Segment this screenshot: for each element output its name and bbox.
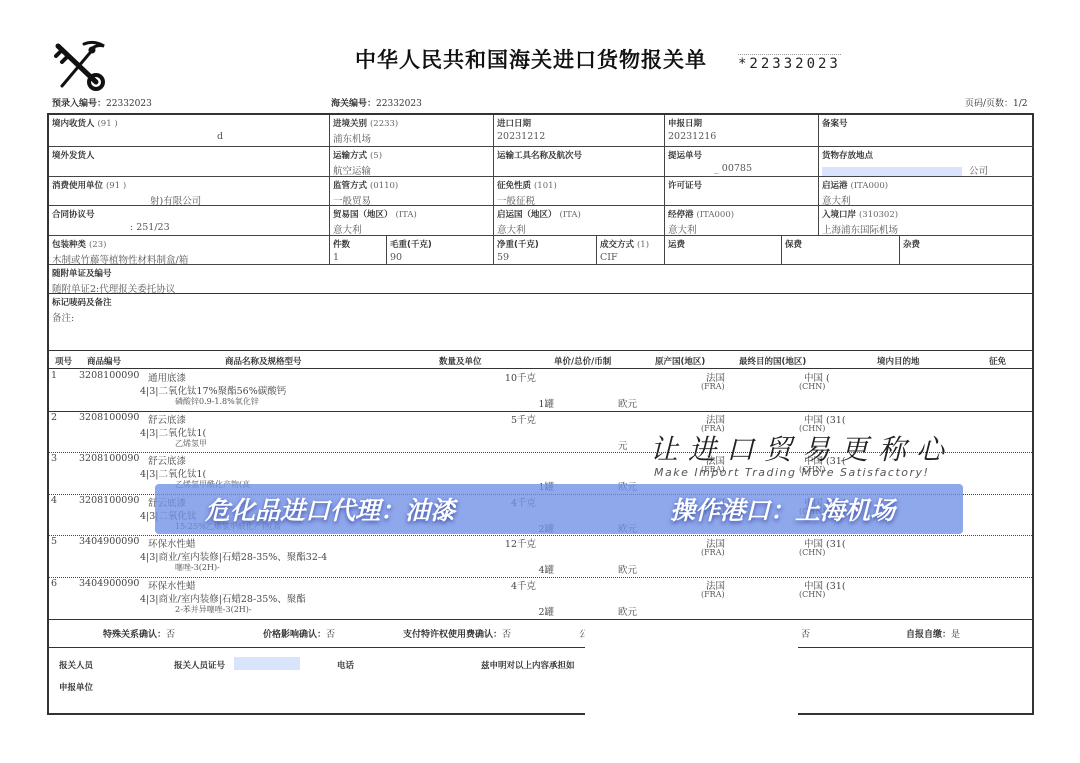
product-spec-cont: 噻唑-3(2H)- [175,562,220,573]
field-bill-no: 提运单号 _ 00785 [665,147,819,177]
field-transport-mode: 运输方式 (5) 航空运输 [330,147,494,177]
product-name: 环保水性蜡 [148,536,196,550]
product-spec-cont: 磷酸锌0.9-1.8%氧化锌 [175,396,259,407]
origin-code: (FRA) [701,382,725,391]
redacted-region [822,167,962,177]
customs-emblem-icon [50,36,108,92]
field-record-no: 备案号 [819,115,1034,147]
promo-banner: 危化品进口代理：油漆 操作港口：上海机场 [155,484,963,534]
field-insurance: 保费 [782,236,900,265]
currency: 欧元 [618,562,637,576]
pre-entry-number: 预录入编号：22332023 [52,96,152,109]
field-vehicle: 运输工具名称及航次号 [494,147,665,177]
field-attached-docs: 随附单证及编号 随附单证2:代理报关委托协议 [49,265,1034,294]
field-license: 许可证号 [665,177,819,206]
field-deal-mode: 成交方式 (1) CIF [597,236,665,265]
product-spec-cont: 2-苯并异噻唑-3(2H)- [175,604,252,615]
statement-text: 兹申明对以上内容承担如 [481,659,575,671]
field-import-date: 进口日期 20231212 [494,115,665,147]
destination-code: (CHN) [799,590,825,599]
page-indicator: 页码/页数：1/2 [965,96,1028,109]
field-consumer: 消费使用单位 (91 ) 射)有限公司 [49,177,330,206]
quantity-unit: 1罐 [504,396,554,410]
field-package: 包装种类 (23) 木制或竹藤等植物性材料制盒/箱 [49,236,330,265]
item-number: 4 [51,495,57,506]
hs-code: 3208100090 [79,370,139,381]
product-spec: 4|3|二氧化钛1( [140,466,206,480]
field-trade-country: 贸易国（地区） (ITA) 意大利 [330,206,494,236]
signature-watermark: 让进口贸易更称心 [650,428,954,468]
customs-number: 海关编号：22332023 [331,96,422,109]
field-dep-port: 启运港 (ITA000) 意大利 [819,177,1034,206]
field-contract: 合同协议号 : 251/23 [49,206,330,236]
currency: 元 [618,438,628,452]
field-net-weight: 净重(千克) 59 [494,236,597,265]
phone-label: 电话 [337,659,354,671]
origin-code: (FRA) [701,590,725,599]
quantity-weight: 10千克 [486,370,536,384]
field-misc-fee: 杂费 [900,236,1034,265]
field-entry-port: 入境口岸 (310302) 上海浦东国际机场 [819,206,1034,236]
item-number: 5 [51,536,57,547]
banner-text-left: 危化品进口代理：油漆 [205,491,455,527]
field-entry-customs: 进境关别 (2233) 浦东机场 [330,115,494,147]
declarant-label: 报关人员 [59,659,93,671]
redacted-stamp-area [585,620,798,763]
field-supervision: 监管方式 (0110) 一般贸易 [330,177,494,206]
field-consignee: 境内收货人 (91 ) d [49,115,330,147]
slogan-watermark: Make Import Trading More Satisfactory! [654,466,929,479]
redacted-region [234,657,300,670]
barcode-number: *22332023 [738,54,841,72]
quantity-weight: 4千克 [486,578,536,592]
currency: 欧元 [618,396,637,410]
product-name: 舒云底漆 [148,453,186,467]
product-name: 通用底漆 [148,370,186,384]
declaration-form: 境内收货人 (91 ) d 进境关别 (2233) 浦东机场 进口日期 2023… [47,113,1034,715]
field-dep-country: 启运国（地区） (ITA) 意大利 [494,206,665,236]
product-spec: 4|3|二氧化钛17%聚酯56%碳酸钙 [140,383,286,397]
quantity-weight: 5千克 [486,412,536,426]
field-declare-date: 申报日期 20231216 [665,115,819,147]
product-name: 舒云底漆 [148,412,186,426]
origin-code: (FRA) [701,548,725,557]
field-stop-port: 经停港 (ITA000) 意大利 [665,206,819,236]
banner-text-right: 操作港口：上海机场 [670,491,895,527]
hs-code: 3208100090 [79,495,139,506]
item-number: 1 [51,370,57,381]
field-storage: 货物存放地点 公司 [819,147,1034,177]
quantity-unit: 4罐 [504,562,554,576]
field-consignor: 境外发货人 [49,147,330,177]
quantity-unit: 2罐 [504,604,554,618]
product-spec: 4|3|商业/室内装修|石蜡28-35%、聚酯32-4 [140,549,327,563]
field-levy: 征免性质 (101) 一般征税 [494,177,665,206]
field-freight: 运费 [665,236,782,265]
field-pieces: 件数 1 [330,236,387,265]
hs-code: 3404900090 [79,536,139,547]
quantity-weight: 12千克 [486,536,536,550]
declarant-id-label: 报关人员证号 [174,659,225,671]
item-number: 3 [51,453,57,464]
destination-code: (CHN) [799,382,825,391]
product-name: 环保水性蜡 [148,578,196,592]
hs-code: 3208100090 [79,453,139,464]
hs-code: 3404900090 [79,578,139,589]
product-spec: 4|3|商业/室内装修|石蜡28-35%、聚酯 [140,591,306,605]
field-gross-weight: 毛重(千克) 90 [387,236,494,265]
field-marks-remarks: 标记唛码及备注 备注: [49,294,1034,351]
document-title: 中华人民共和国海关进口货物报关单 [355,44,707,74]
product-spec-cont: 乙烯氢甲 [175,438,207,449]
destination-code: (CHN) [799,548,825,557]
item-number: 2 [51,412,57,423]
item-number: 6 [51,578,57,589]
currency: 欧元 [618,604,637,618]
declaring-unit-label: 申报单位 [59,681,93,693]
hs-code: 3208100090 [79,412,139,423]
product-spec: 4|3|二氧化钛1( [140,425,206,439]
